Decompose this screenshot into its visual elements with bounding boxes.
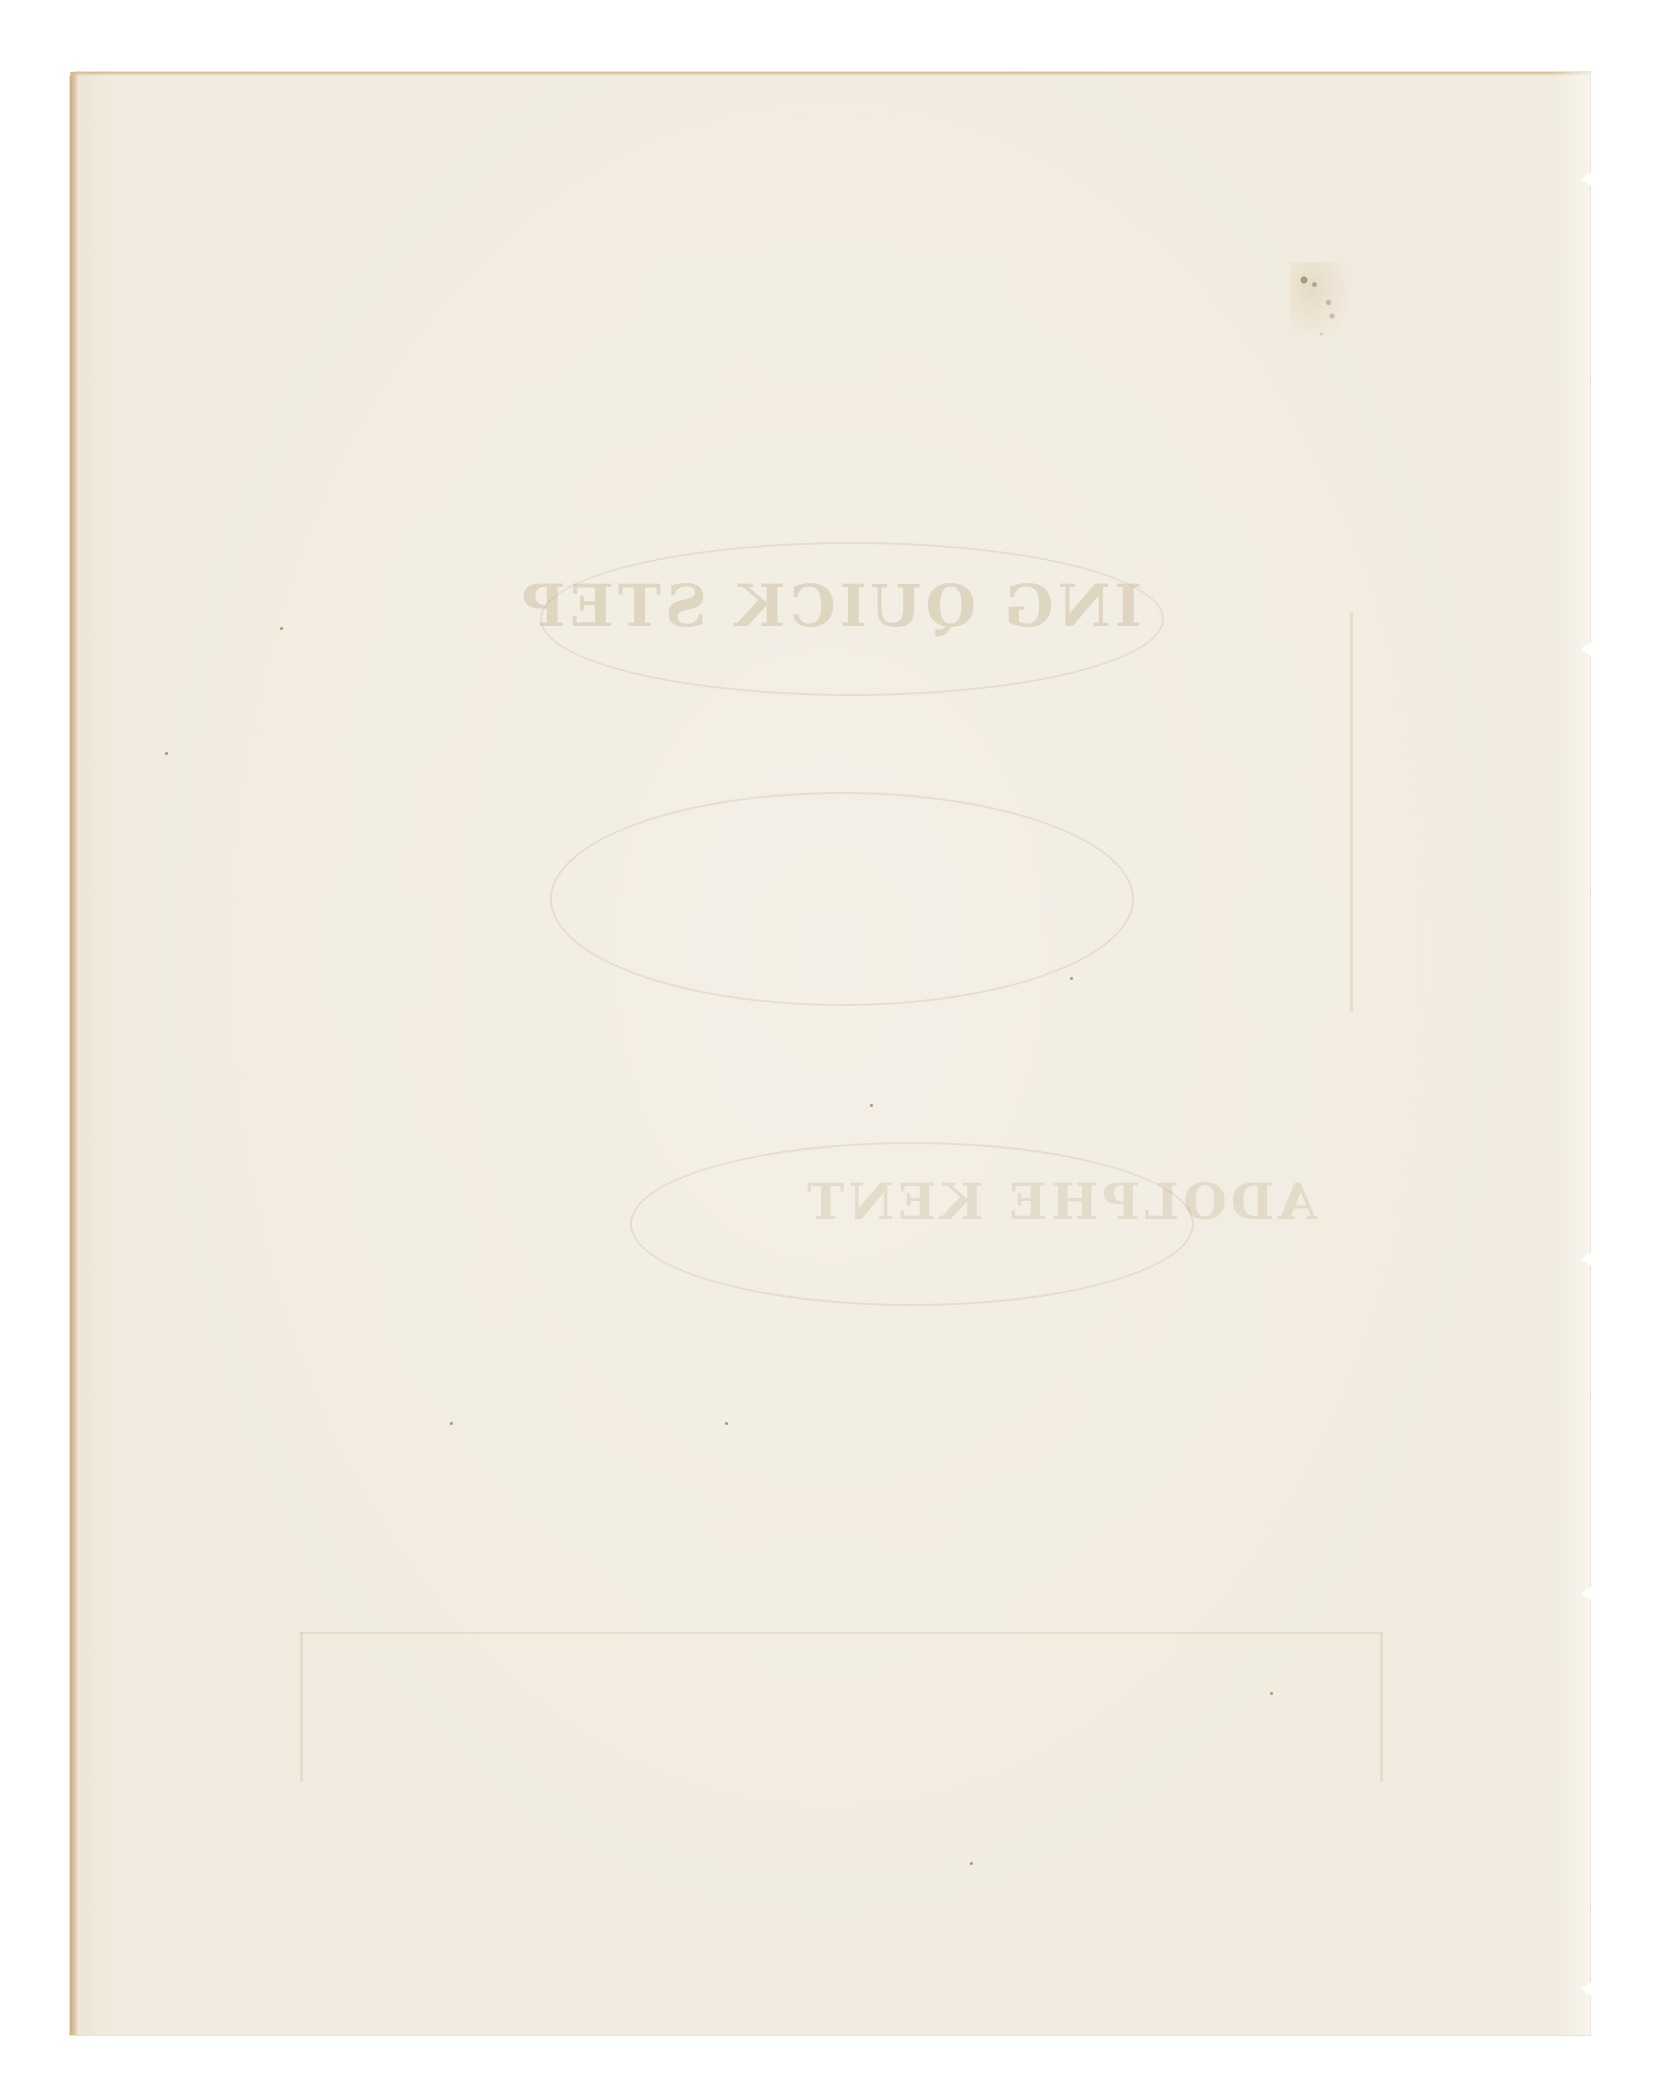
paper-speck [725, 1422, 728, 1425]
paper-speck [1270, 1692, 1273, 1695]
paper-speck [280, 627, 283, 630]
paper-speck [1070, 977, 1073, 980]
foxing-stain [1290, 262, 1360, 352]
bleed-through-author: ADOLPHE KENT [710, 1172, 1410, 1231]
sheet-left-edge [70, 72, 78, 2035]
bleed-oval-ornament [550, 792, 1134, 1006]
paper-speck [970, 1862, 973, 1865]
paper-speck [165, 752, 168, 755]
paper-speck [450, 1422, 453, 1425]
bleed-rule [300, 1632, 1380, 1634]
sheet-right-edge [1550, 72, 1590, 2035]
bleed-rule [1380, 1632, 1383, 1782]
paper-sheet: ING QUICK STEP ADOLPHE KENT [70, 72, 1590, 2035]
bleed-rule [1350, 612, 1353, 1012]
bleed-through-title: ING QUICK STEP [450, 572, 1210, 640]
sheet-top-edge [70, 72, 1590, 76]
paper-speck [870, 1104, 873, 1107]
bleed-rule [300, 1632, 303, 1782]
